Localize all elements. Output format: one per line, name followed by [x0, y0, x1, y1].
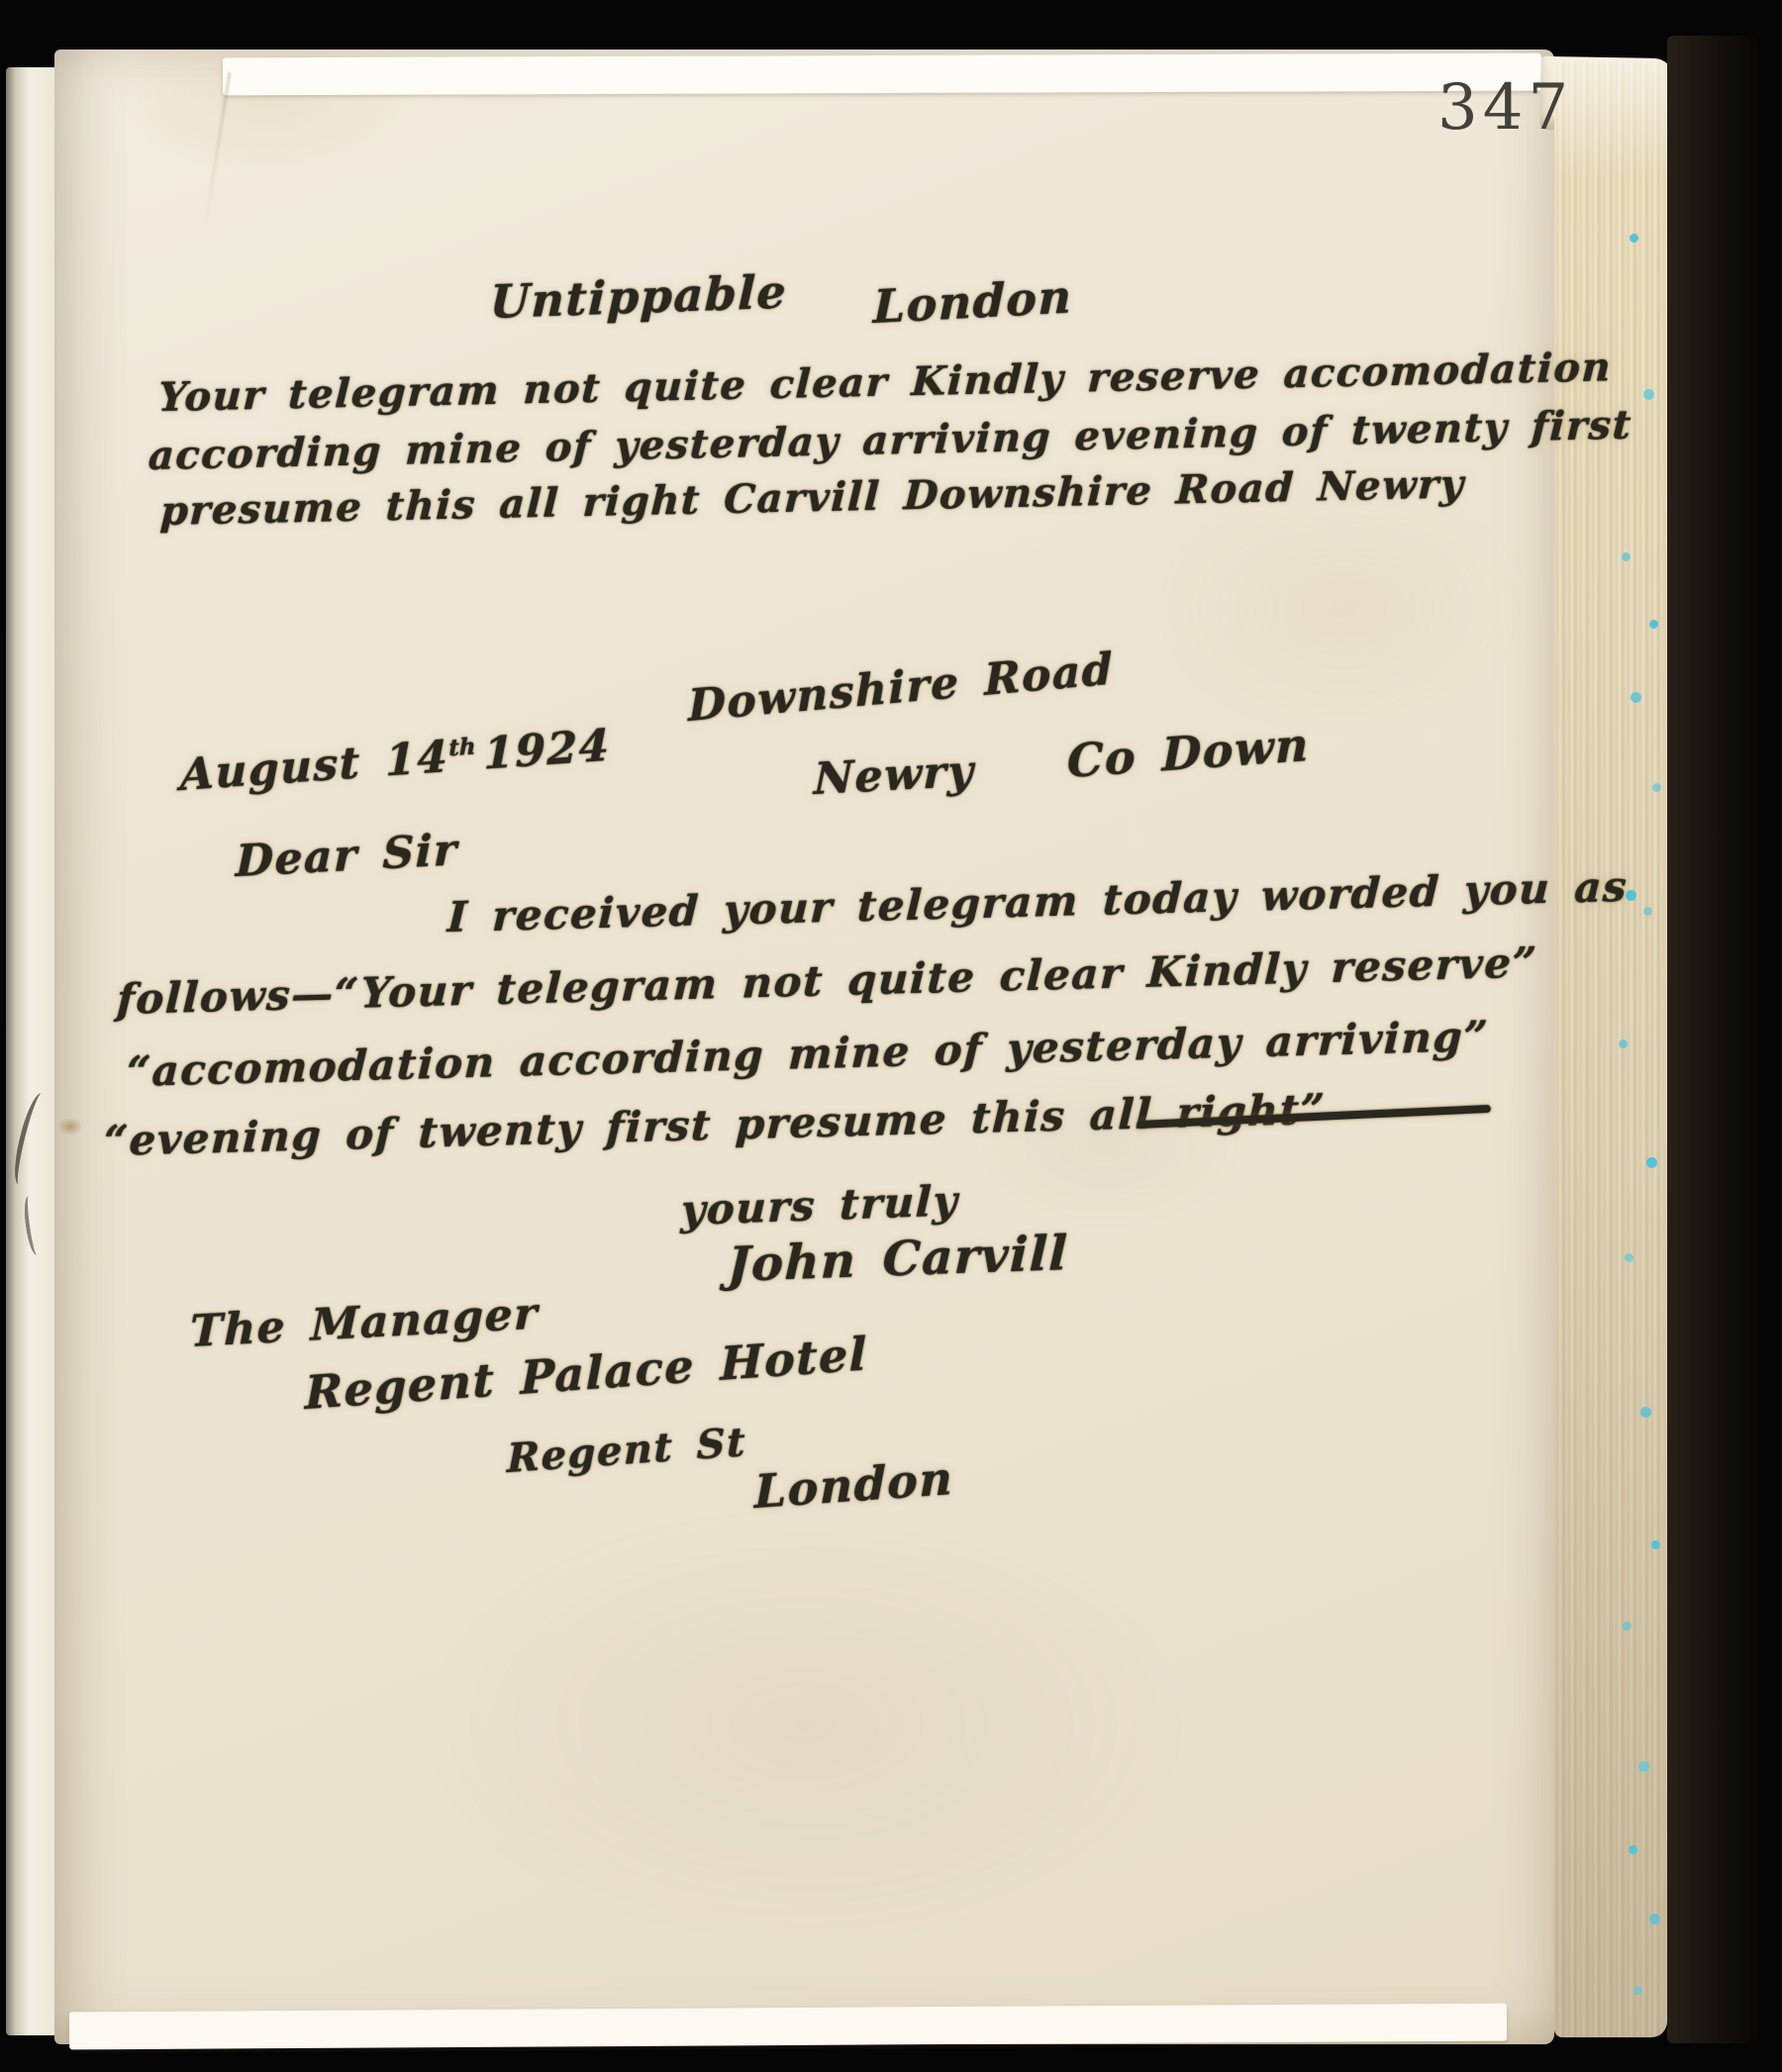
sender-address-town: Newry	[814, 745, 975, 805]
telegram-destination: London	[873, 269, 1073, 334]
valediction: yours truly	[680, 1176, 959, 1234]
fore-edge-blue-speckles	[0, 0, 5, 5]
letter-date-ordinal: th	[448, 734, 475, 761]
bleed-through-ink	[22, 1195, 44, 1255]
folio-number: 347	[1437, 71, 1573, 145]
bleed-through-ink	[9, 1091, 51, 1187]
underlying-sheet-top-edge	[223, 53, 1541, 96]
letterbook-photograph: 347 Untippable London Your telegram not …	[0, 0, 1782, 2072]
previous-page-edge	[6, 67, 55, 2035]
book-cover-spine	[1667, 36, 1758, 2043]
letter-date-year: 1924	[483, 721, 610, 780]
telegraphic-address: Untippable	[489, 264, 788, 329]
